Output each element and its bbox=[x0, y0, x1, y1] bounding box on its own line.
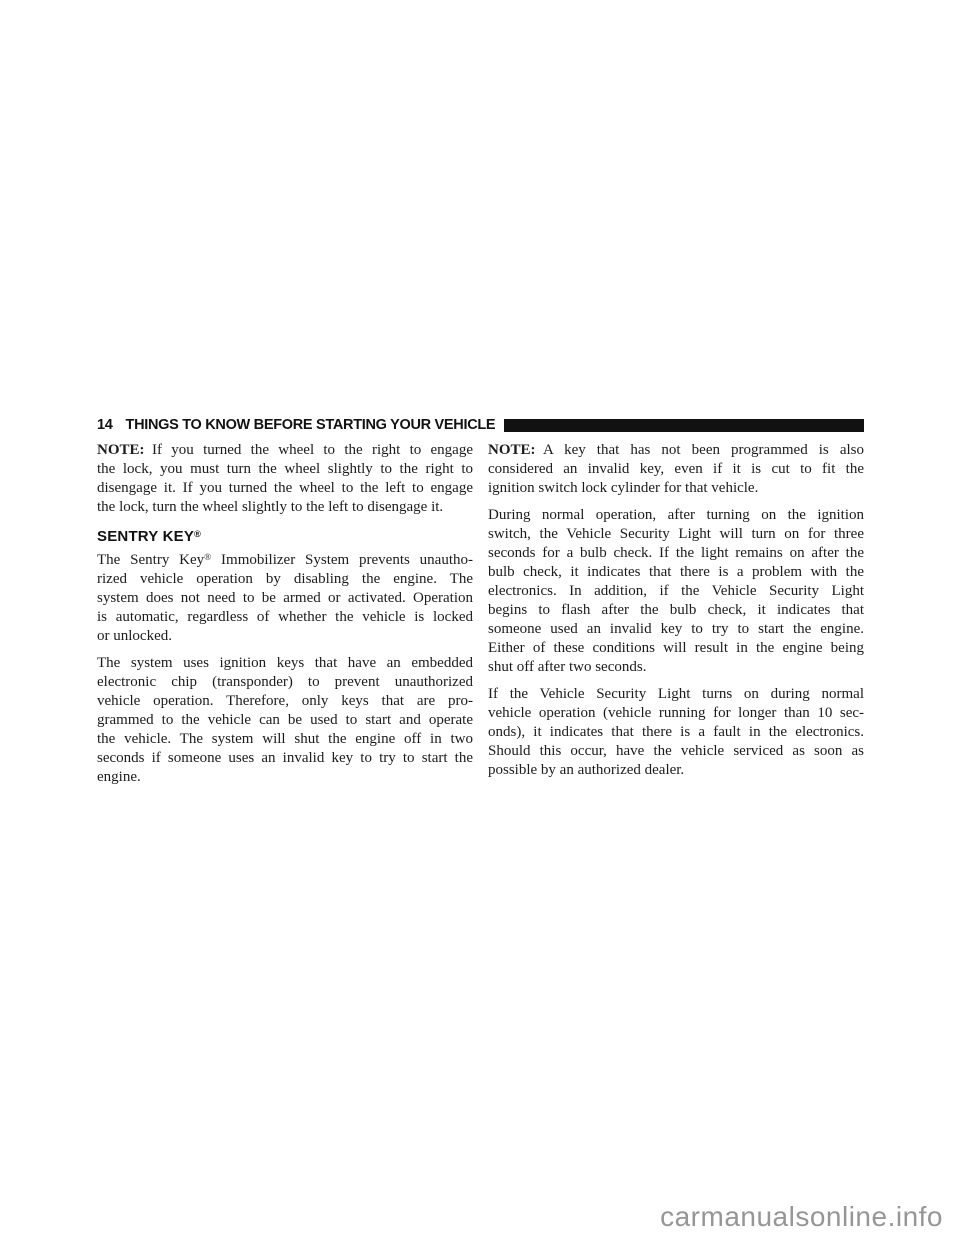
text-line: engine. bbox=[97, 768, 473, 787]
note-paragraph: NOTE: If you turned the wheel to the rig… bbox=[97, 441, 473, 517]
paragraph: If the Vehicle Security Light turns on d… bbox=[488, 685, 864, 780]
registered-trademark-symbol: ® bbox=[194, 529, 201, 539]
text-line: During normal operation, after turning o… bbox=[488, 506, 864, 525]
text-line: bulb check, it indicates that there is a… bbox=[488, 563, 864, 582]
text-line: shut off after two seconds. bbox=[488, 658, 864, 677]
text-line: electronic chip (transponder) to prevent… bbox=[97, 673, 473, 692]
text-line: NOTE: If you turned the wheel to the rig… bbox=[97, 441, 473, 460]
paragraph: During normal operation, after turning o… bbox=[488, 506, 864, 677]
text-line: NOTE: A key that has not been programmed… bbox=[488, 441, 864, 460]
page-header: 14 THINGS TO KNOW BEFORE STARTING YOUR V… bbox=[97, 417, 864, 433]
text-line: someone used an invalid key to try to st… bbox=[488, 620, 864, 639]
text-line: Either of these conditions will result i… bbox=[488, 639, 864, 658]
note-label: NOTE: bbox=[97, 442, 145, 458]
text-line: begins to flash after the bulb check, it… bbox=[488, 601, 864, 620]
text-line: seconds for a bulb check. If the light r… bbox=[488, 544, 864, 563]
right-column: NOTE: A key that has not been programmed… bbox=[488, 441, 864, 795]
watermark: carmanualsonline.info bbox=[660, 1202, 943, 1233]
left-column: NOTE: If you turned the wheel to the rig… bbox=[97, 441, 473, 795]
text-line: vehicle operation (vehicle running for l… bbox=[488, 704, 864, 723]
text-line: ignition switch lock cylinder for that v… bbox=[488, 479, 864, 498]
text-line: If the Vehicle Security Light turns on d… bbox=[488, 685, 864, 704]
text-line: onds), it indicates that there is a faul… bbox=[488, 723, 864, 742]
manual-page: 14 THINGS TO KNOW BEFORE STARTING YOUR V… bbox=[0, 0, 960, 1242]
text-line: The system uses ignition keys that have … bbox=[97, 654, 473, 673]
text-line: switch, the Vehicle Security Light will … bbox=[488, 525, 864, 544]
note-paragraph: NOTE: A key that has not been programmed… bbox=[488, 441, 864, 498]
note-label: NOTE: bbox=[488, 442, 536, 458]
text-line: grammed to the vehicle can be used to st… bbox=[97, 711, 473, 730]
text-line: Should this occur, have the vehicle serv… bbox=[488, 742, 864, 761]
text-columns: NOTE: If you turned the wheel to the rig… bbox=[97, 441, 864, 795]
text-line: the lock, turn the wheel slightly to the… bbox=[97, 498, 473, 517]
text-line: disengage it. If you turned the wheel to… bbox=[97, 479, 473, 498]
text-line: or unlocked. bbox=[97, 627, 473, 646]
page-number: 14 bbox=[97, 417, 113, 433]
header-rule-bar bbox=[504, 419, 864, 432]
text-line: possible by an authorized dealer. bbox=[488, 761, 864, 780]
registered-trademark-symbol: ® bbox=[204, 553, 211, 563]
text-line: the lock, you must turn the wheel slight… bbox=[97, 460, 473, 479]
text-line: system does not need to be armed or acti… bbox=[97, 589, 473, 608]
paragraph: The Sentry Key® Immobilizer System preve… bbox=[97, 549, 473, 646]
text-line: seconds if someone uses an invalid key t… bbox=[97, 749, 473, 768]
paragraph: The system uses ignition keys that have … bbox=[97, 654, 473, 787]
text-line: vehicle operation. Therefore, only keys … bbox=[97, 692, 473, 711]
text-line: The Sentry Key® Immobilizer System preve… bbox=[97, 549, 473, 570]
text-line: considered an invalid key, even if it is… bbox=[488, 460, 864, 479]
text-line: electronics. In addition, if the Vehicle… bbox=[488, 582, 864, 601]
section-heading: SENTRY KEY® bbox=[97, 525, 473, 546]
text-line: the vehicle. The system will shut the en… bbox=[97, 730, 473, 749]
text-line: rized vehicle operation by disabling the… bbox=[97, 570, 473, 589]
header-title: THINGS TO KNOW BEFORE STARTING YOUR VEHI… bbox=[126, 417, 496, 433]
text-line: is automatic, regardless of whether the … bbox=[97, 608, 473, 627]
